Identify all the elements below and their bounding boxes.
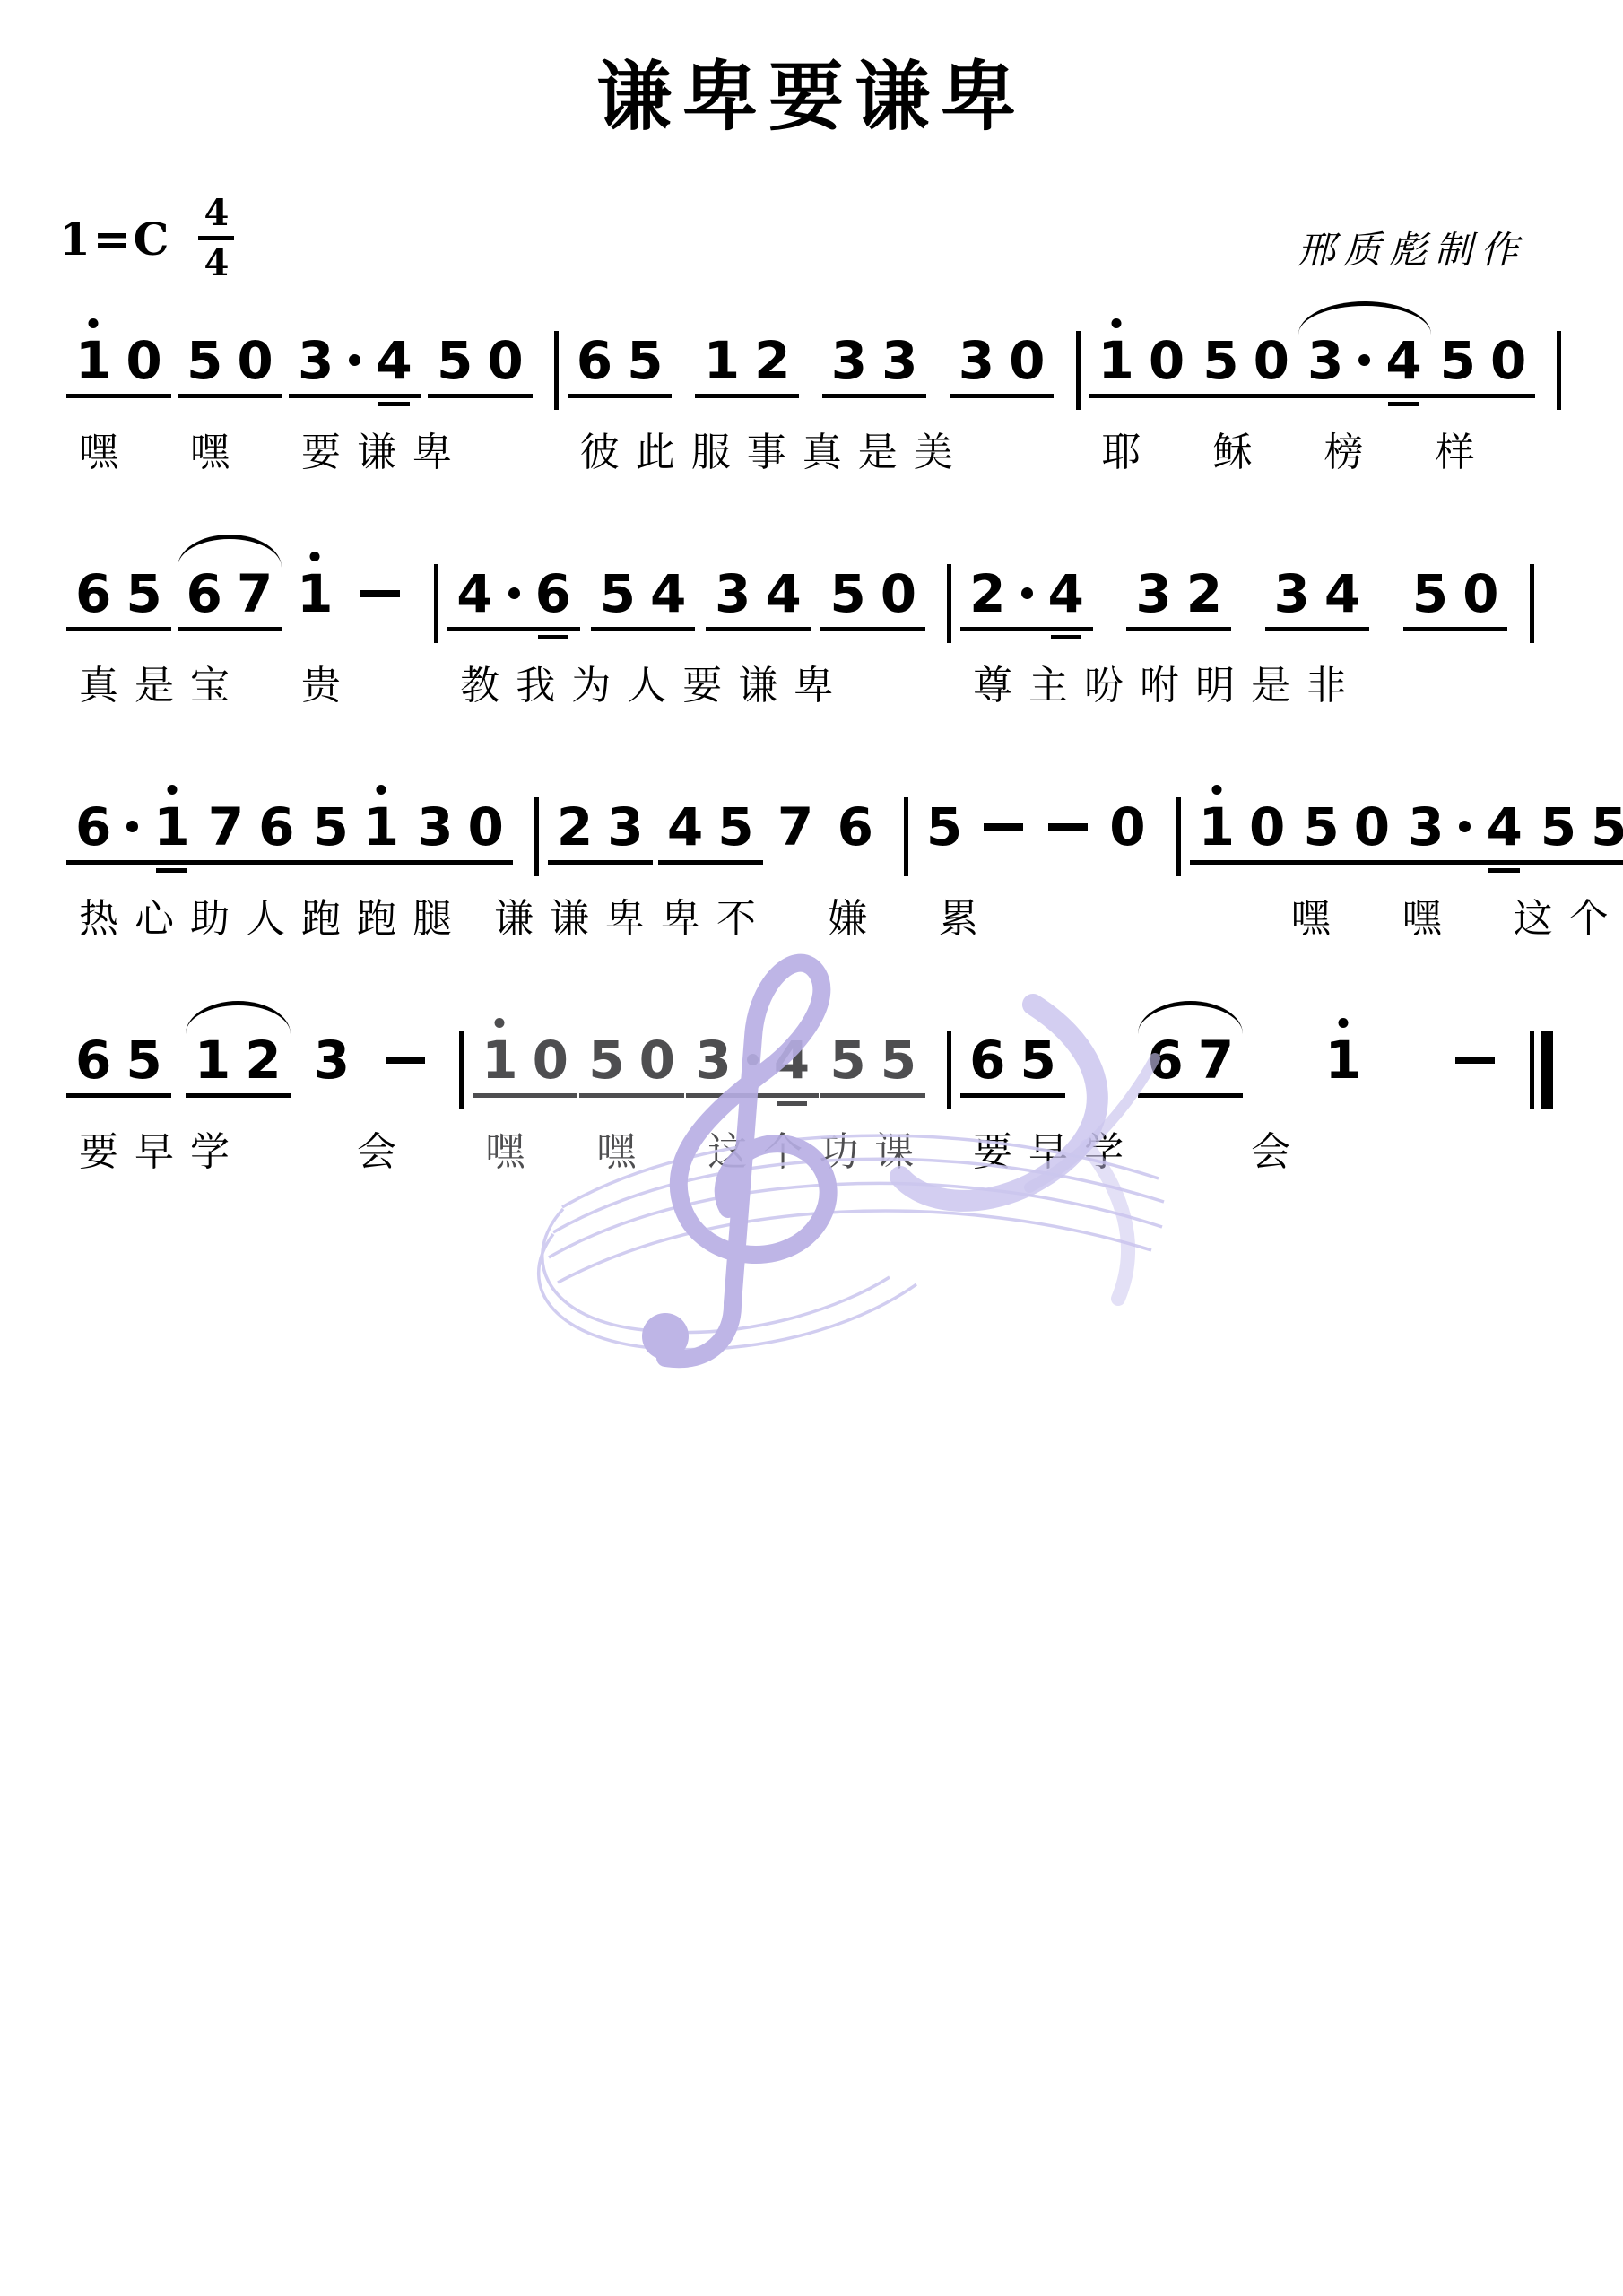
augmentation-dot — [126, 821, 138, 832]
note-digit: 1 — [363, 800, 399, 854]
note-digit: 3 — [715, 567, 751, 621]
note-group: 5 — [917, 800, 971, 865]
note-digit: 5 — [126, 1033, 161, 1087]
note-digit: 5 — [437, 334, 473, 387]
augmentation-dot — [349, 354, 360, 366]
barline — [1530, 1031, 1534, 1109]
sheet-music-page: { "page": { "title": "谦卑要谦卑", "key_signa… — [0, 0, 1623, 2296]
note-digit: 6 — [187, 567, 222, 621]
note-digit: 0 — [1109, 800, 1145, 854]
note-group: 12 — [186, 1033, 291, 1098]
note-digit: 3 — [881, 334, 917, 387]
augmentation-dot — [1021, 587, 1033, 599]
measure: 24323450 — [951, 567, 1529, 631]
note-group: 1 — [1316, 1033, 1370, 1098]
note-digit: 6 — [75, 800, 111, 854]
note-digit: 5 — [717, 800, 753, 854]
music-system: 105034506512333010503450嘿 嘿 要谦卑彼此服事真是美耶 … — [57, 334, 1535, 477]
note-digit: 6 — [258, 800, 294, 854]
note-group: 34 — [706, 567, 811, 631]
dash-note — [1455, 1057, 1495, 1064]
note-digit: 4 — [650, 567, 686, 621]
note-group: 65 — [66, 567, 171, 631]
note-group: 65 — [66, 1033, 171, 1098]
measure: 10503450 — [1081, 334, 1558, 398]
note-group — [1443, 1057, 1507, 1098]
score-area: 105034506512333010503450嘿 嘿 要谦卑彼此服事真是美耶 … — [0, 0, 1623, 2296]
note-digit: 5 — [926, 800, 962, 854]
note-digit: 4 — [774, 1033, 810, 1087]
note-digit: 5 — [1412, 567, 1448, 621]
music-system: 617651302345765010503455热心助人跑跑腿谦谦卑卑不 嫌 累… — [57, 800, 1535, 944]
note-digit: 3 — [298, 334, 334, 387]
lyrics-spacer — [1530, 1129, 1534, 1177]
measure: 10503455 — [464, 1033, 947, 1098]
lyrics-measure: 嘿 嘿 这个功课 — [464, 1129, 947, 1177]
note-group: 65 — [568, 334, 673, 398]
lyrics-measure: 真是宝 贵 — [57, 663, 434, 710]
note-digit: 1 — [195, 1033, 230, 1087]
final-barline — [1541, 1031, 1553, 1109]
note-group: 10 — [1089, 334, 1194, 398]
note-digit: 5 — [1303, 800, 1339, 854]
note-group — [373, 1057, 438, 1098]
note-digit: 0 — [1249, 800, 1285, 854]
note-digit: 4 — [1385, 334, 1421, 387]
note-digit: 2 — [245, 1033, 281, 1087]
note-group: 10 — [1190, 800, 1295, 865]
lyrics-measure: 要早学 会 — [57, 1129, 459, 1177]
augmentation-dot — [1459, 821, 1471, 832]
measure: 234576 — [539, 800, 904, 865]
note-group: 61 — [66, 800, 199, 865]
note-group — [1036, 823, 1100, 865]
lyrics-measure: 耶 稣 榜 样 — [1081, 430, 1530, 477]
note-digit: 4 — [765, 567, 801, 621]
note-group: 30 — [950, 334, 1055, 398]
note-digit: 5 — [1020, 1033, 1056, 1087]
note-group: 34 — [1298, 334, 1431, 398]
note-digit: 5 — [829, 1033, 865, 1087]
note-group: 34 — [686, 1033, 819, 1098]
note-digit: 5 — [126, 567, 161, 621]
note-digit: 5 — [881, 1033, 916, 1087]
note-group: 76 — [199, 800, 304, 865]
note-digit: 5 — [1591, 800, 1623, 854]
note-digit: 4 — [1048, 567, 1084, 621]
note-digit: 0 — [639, 1033, 675, 1087]
augmentation-dot — [508, 587, 520, 599]
note-group: 34 — [1399, 800, 1532, 865]
note-digit: 7 — [1198, 1033, 1234, 1087]
lyrics-measure: 尊主吩咐明是非 — [951, 663, 1529, 710]
note-digit: 4 — [1486, 800, 1522, 854]
note-group: 50 — [178, 334, 282, 398]
note-digit: 5 — [829, 567, 865, 621]
note-digit: 5 — [312, 800, 348, 854]
note-digit: 6 — [75, 567, 111, 621]
note-group: 55 — [1532, 800, 1623, 865]
note-group: 50 — [1294, 800, 1399, 865]
note-digit: 4 — [667, 800, 703, 854]
measure: 65123330 — [559, 334, 1076, 398]
note-group: 51 — [303, 800, 408, 865]
note-digit: 6 — [577, 334, 612, 387]
note-digit: 5 — [600, 567, 636, 621]
note-group: 33 — [822, 334, 927, 398]
note-digit: 0 — [1490, 334, 1526, 387]
note-group: 7 — [768, 800, 822, 865]
lyrics-row: 要早学 会嘿 嘿 这个功课要早学 会 — [57, 1129, 1535, 1177]
note-digit: 2 — [1186, 567, 1222, 621]
notation-row: 656714654345024323450 — [57, 567, 1535, 643]
note-group: 50 — [579, 1033, 684, 1098]
note-group: 46 — [447, 567, 580, 631]
lyrics-row: 热心助人跑跑腿谦谦卑卑不 嫌 累嘿 嘿 这个功课 — [57, 896, 1535, 944]
lyrics-row: 嘿 嘿 要谦卑彼此服事真是美耶 稣 榜 样 — [57, 430, 1535, 477]
lyrics-measure: 彼此服事真是美 — [559, 430, 1076, 477]
note-digit: 1 — [153, 800, 189, 854]
music-system: 651231050345565671要早学 会嘿 嘿 这个功课要早学 会 — [57, 1033, 1535, 1177]
note-digit: 1 — [297, 567, 333, 621]
notation-row: 617651302345765010503455 — [57, 800, 1535, 876]
notation-row: 105034506512333010503450 — [57, 334, 1535, 410]
note-digit: 0 — [1462, 567, 1498, 621]
barline — [1557, 331, 1561, 410]
note-digit: 2 — [969, 567, 1005, 621]
note-group: 3 — [305, 1033, 359, 1098]
note-digit: 6 — [838, 800, 873, 854]
lyrics-measure: 谦谦卑卑不 嫌 累 — [473, 896, 994, 944]
measure: 10503455 — [1181, 800, 1623, 865]
note-digit: 3 — [1408, 800, 1444, 854]
note-group: 1 — [288, 567, 342, 631]
note-digit: 5 — [1440, 334, 1476, 387]
music-system: 656714654345024323450真是宝 贵教我为人要谦卑尊主吩咐明是非 — [57, 567, 1535, 710]
dash-note — [386, 1057, 425, 1064]
note-digit: 6 — [1147, 1033, 1183, 1087]
note-group: 50 — [1403, 567, 1508, 631]
note-digit: 0 — [237, 334, 273, 387]
note-digit: 3 — [1274, 567, 1310, 621]
note-digit: 3 — [1135, 567, 1171, 621]
note-group: 50 — [428, 334, 533, 398]
note-digit: 0 — [487, 334, 523, 387]
note-group: 24 — [960, 567, 1093, 631]
note-digit: 5 — [1541, 800, 1576, 854]
lyrics-measure — [999, 896, 1265, 944]
note-digit: 0 — [1149, 334, 1185, 387]
note-group: 12 — [695, 334, 800, 398]
note-group: 23 — [548, 800, 653, 865]
note-digit: 7 — [777, 800, 813, 854]
note-group: 67 — [178, 567, 282, 631]
lyrics-spacer — [1530, 430, 1534, 477]
measure: 65123 — [57, 1033, 459, 1098]
note-group: 10 — [66, 334, 171, 398]
measure: 61765130 — [57, 800, 534, 865]
note-group: 50 — [820, 567, 925, 631]
lyrics-spacer — [1530, 663, 1534, 710]
measure: 65671 — [951, 1033, 1529, 1098]
measure: 10503450 — [57, 334, 554, 398]
note-digit: 1 — [1325, 1033, 1361, 1087]
note-digit: 1 — [1098, 334, 1134, 387]
note-digit: 1 — [75, 334, 111, 387]
note-group — [348, 590, 412, 631]
lyrics-measure: 要早学 会 — [951, 1129, 1529, 1177]
note-digit: 3 — [695, 1033, 731, 1087]
note-digit: 0 — [881, 567, 916, 621]
lyrics-measure: 热心助人跑跑腿 — [57, 896, 468, 944]
note-digit: 6 — [535, 567, 571, 621]
lyrics-measure: 嘿 嘿 要谦卑 — [57, 430, 554, 477]
note-digit: 7 — [208, 800, 244, 854]
note-group: 67 — [1138, 1033, 1243, 1098]
note-digit: 1 — [1199, 800, 1235, 854]
note-digit: 0 — [533, 1033, 568, 1087]
barline — [1530, 564, 1534, 643]
note-digit: 0 — [1009, 334, 1045, 387]
augmentation-dot — [747, 1054, 759, 1065]
dash-note — [1048, 823, 1088, 831]
note-digit: 1 — [704, 334, 740, 387]
note-digit: 5 — [187, 334, 222, 387]
note-digit: 5 — [1202, 334, 1238, 387]
note-group: 65 — [960, 1033, 1065, 1098]
lyrics-row: 真是宝 贵教我为人要谦卑尊主吩咐明是非 — [57, 663, 1535, 710]
lyrics-measure: 教我为人要谦卑 — [438, 663, 947, 710]
note-digit: 0 — [126, 334, 161, 387]
measure: 65671 — [57, 567, 434, 631]
note-digit: 0 — [1254, 334, 1289, 387]
note-digit: 1 — [482, 1033, 517, 1087]
notation-row: 651231050345565671 — [57, 1033, 1535, 1109]
note-digit: 3 — [831, 334, 867, 387]
note-group: 0 — [1100, 800, 1154, 865]
note-digit: 4 — [376, 334, 412, 387]
note-group: 45 — [658, 800, 763, 865]
note-group: 54 — [591, 567, 696, 631]
note-group: 50 — [1431, 334, 1536, 398]
note-group — [971, 823, 1036, 865]
dash-note — [984, 823, 1023, 831]
measure: 46543450 — [438, 567, 947, 631]
note-group: 30 — [408, 800, 513, 865]
note-digit: 2 — [557, 800, 593, 854]
note-digit: 4 — [1324, 567, 1360, 621]
note-digit: 7 — [237, 567, 273, 621]
note-group: 50 — [1193, 334, 1298, 398]
note-digit: 0 — [1354, 800, 1390, 854]
dash-note — [360, 590, 400, 597]
note-digit: 3 — [314, 1033, 350, 1087]
note-digit: 2 — [754, 334, 790, 387]
note-digit: 3 — [959, 334, 994, 387]
note-group: 34 — [1265, 567, 1370, 631]
lyrics-measure: 嘿 嘿 这个功课 — [1270, 896, 1623, 944]
note-group: 34 — [289, 334, 421, 398]
note-digit: 3 — [607, 800, 643, 854]
note-digit: 3 — [417, 800, 453, 854]
note-digit: 6 — [75, 1033, 111, 1087]
note-group: 32 — [1126, 567, 1231, 631]
measure: 50 — [908, 800, 1176, 865]
note-digit: 3 — [1307, 334, 1343, 387]
note-digit: 0 — [468, 800, 504, 854]
note-digit: 5 — [627, 334, 663, 387]
note-group: 6 — [829, 800, 882, 865]
note-digit: 4 — [456, 567, 492, 621]
note-digit: 6 — [969, 1033, 1005, 1087]
note-group: 10 — [473, 1033, 577, 1098]
note-group: 55 — [820, 1033, 925, 1098]
note-digit: 5 — [588, 1033, 624, 1087]
augmentation-dot — [1358, 354, 1370, 366]
